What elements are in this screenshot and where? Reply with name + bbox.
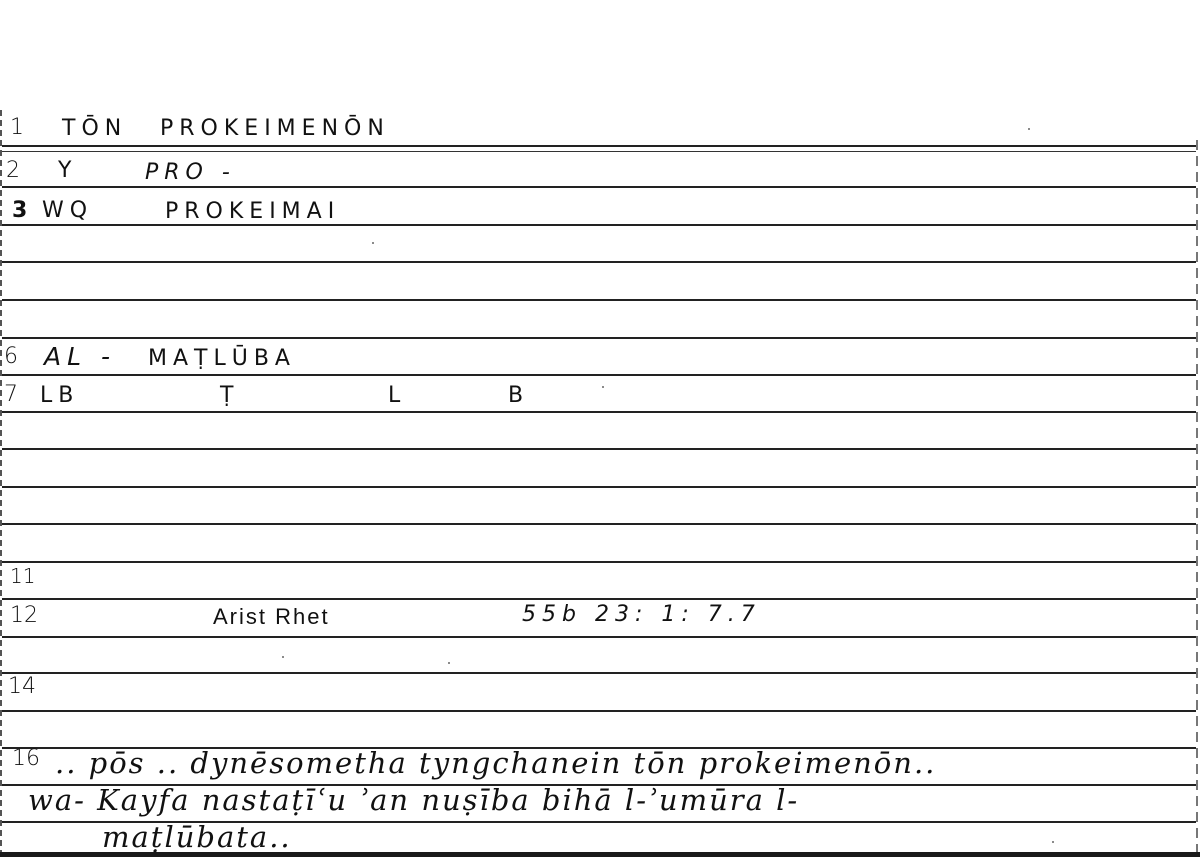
- rule-line: [2, 411, 1196, 413]
- row7-root-letters: LB: [40, 385, 79, 407]
- row3-lemma: PROKEIMAI: [165, 201, 340, 223]
- scan-speck: [282, 656, 284, 658]
- rule-line: [2, 710, 1196, 712]
- scan-speck: [1028, 128, 1030, 130]
- rule-line: [2, 523, 1196, 525]
- line-number: 16: [12, 748, 40, 770]
- rule-line: [2, 186, 1196, 188]
- rule-line: [2, 486, 1196, 488]
- line-number: 7: [4, 384, 18, 406]
- scan-speck: [448, 662, 450, 664]
- scan-speck: [1052, 841, 1054, 843]
- row7-letter: B: [508, 385, 529, 407]
- source-citation: Arist Rhet: [213, 606, 330, 628]
- arabic-passage-line2: maṭlūbata..: [102, 823, 292, 852]
- line-number: 12: [10, 605, 38, 627]
- line-number: 11: [10, 566, 35, 586]
- scan-speck: [372, 242, 374, 244]
- row7-letter: Ṭ: [220, 385, 239, 407]
- rule-line: [2, 145, 1196, 147]
- rule-line: [2, 224, 1196, 226]
- line-number: 3: [12, 200, 27, 222]
- line-number: 6: [4, 346, 18, 368]
- row2-root: PRO -: [145, 162, 236, 184]
- rule-line: [2, 151, 1196, 152]
- row6-article: AL -: [44, 344, 116, 369]
- card-right-edge: [1196, 140, 1198, 859]
- scan-speck: [602, 386, 604, 388]
- row3-token: WQ: [42, 200, 93, 222]
- rule-line: [2, 598, 1196, 600]
- rule-line: [2, 374, 1196, 376]
- rule-line: [2, 561, 1196, 563]
- greek-passage: .. pōs .. dynēsometha tyngchanein tōn pr…: [55, 749, 936, 778]
- index-card: 1 TŌN PROKEIMENŌN 2 Y PRO - 3 WQ PROKEIM…: [0, 0, 1200, 859]
- line-number: 14: [8, 676, 36, 698]
- row2-token: Y: [58, 160, 77, 182]
- rule-line: [2, 672, 1196, 674]
- row7-letter: L: [388, 385, 406, 407]
- rule-line: [2, 337, 1196, 339]
- rule-line: [2, 636, 1196, 638]
- row6-arabic-word: MAṬLŪBA: [148, 348, 296, 370]
- row1-headword: PROKEIMENŌN: [160, 118, 390, 140]
- rule-line: [2, 299, 1196, 301]
- row1-token: TŌN: [62, 118, 127, 140]
- line-number: 1: [10, 117, 24, 139]
- rule-line: [2, 261, 1196, 263]
- line-number: 2: [6, 160, 20, 182]
- source-reference: 55b 23: 1: 7.7: [522, 604, 761, 626]
- arabic-passage-line1: wa- Kayfa nastaṭīʿu ʾan nuṣība bihā l-ʾu…: [28, 786, 799, 815]
- rule-line: [2, 448, 1196, 450]
